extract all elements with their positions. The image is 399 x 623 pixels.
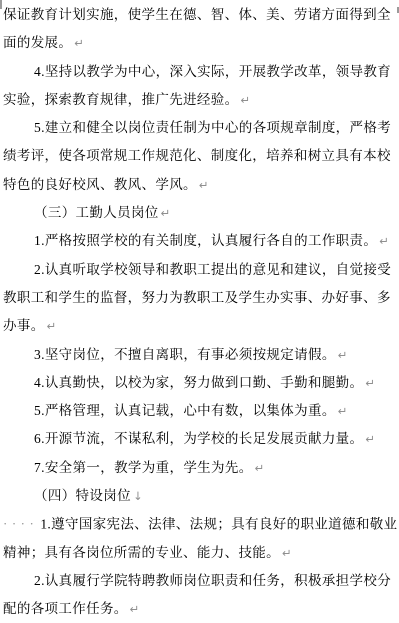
text-line[interactable]: 保证教育计划实施，使学生在德、智、体、美、劳诸方面得到全 xyxy=(3,1,399,29)
line-text[interactable]: 5.建立和健全以岗位责任制为中心的各项规章制度，严格考 xyxy=(34,120,391,135)
paragraph-mark-icon: ↵ xyxy=(240,93,250,107)
space-formatting-marks: ···· xyxy=(3,516,38,531)
line-text[interactable]: 5.严格管理，认真记载，心中有数，以集体为重。 xyxy=(34,403,336,418)
text-line[interactable]: 5.建立和健全以岗位责任制为中心的各项规章制度，严格考 xyxy=(3,114,399,142)
line-text[interactable]: 绩考评，使各项常规工作规范化、制度化，培养和树立具有本校 xyxy=(3,148,391,163)
text-line[interactable]: 教职工和学生的监督，努力为教职工及学生办实事、办好事、多 xyxy=(3,284,399,312)
paragraph-mark-icon: ↵ xyxy=(47,319,57,333)
line-text[interactable]: 1.严格按照学校的有关制度，认真履行各自的工作职责。 xyxy=(34,233,377,248)
paragraph-mark-icon: ↵ xyxy=(365,432,375,446)
line-text[interactable]: 2.认真履行学院特聘教师岗位职责和任务，积极承担学校分 xyxy=(34,573,391,588)
line-text[interactable]: （三）工勤人员岗位 xyxy=(34,205,159,220)
text-line[interactable]: 特色的良好校风、教风、学风。↵ xyxy=(3,171,399,199)
line-break-mark-icon: ↓ xyxy=(133,489,143,503)
text-line[interactable]: 6.开源节流，不谋私利，为学校的长足发展贡献力量。↵ xyxy=(3,425,399,453)
text-line[interactable]: 1.严格按照学校的有关制度，认真履行各自的工作职责。↵ xyxy=(3,227,399,255)
document-text-area[interactable]: 保证教育计划实施，使学生在德、智、体、美、劳诸方面得到全面的发展。↵4.坚持以教… xyxy=(3,1,399,623)
text-line[interactable]: （四）特设岗位↓ xyxy=(3,482,399,510)
line-text[interactable]: 4.认真勤快，以校为家，努力做到口勤、手勤和腿勤。 xyxy=(34,375,363,390)
text-line[interactable]: 4.坚持以教学为中心，深入实际，开展教学改革，领导教育 xyxy=(3,58,399,86)
document-page: 保证教育计划实施，使学生在德、智、体、美、劳诸方面得到全面的发展。↵4.坚持以教… xyxy=(0,0,399,623)
line-text[interactable]: 2.认真听取学校领导和教职工提出的意见和建议，自觉接受 xyxy=(34,262,391,277)
line-text[interactable]: 6.开源节流，不谋私利，为学校的长足发展贡献力量。 xyxy=(34,431,363,446)
paragraph-mark-icon: ↵ xyxy=(74,36,84,50)
text-line[interactable]: 3.坚守岗位，不擅自离职，有事必须按规定请假。↵ xyxy=(3,341,399,369)
text-line[interactable]: （三）工勤人员岗位↵ xyxy=(3,199,399,227)
text-line[interactable]: 7.安全第一，教学为重，学生为先。↵ xyxy=(3,454,399,482)
paragraph-mark-icon: ↵ xyxy=(338,404,348,418)
line-text[interactable]: 面的发展。 xyxy=(3,35,72,50)
text-line[interactable]: 4.认真勤快，以校为家，努力做到口勤、手勤和腿勤。↵ xyxy=(3,369,399,397)
text-line[interactable]: 2.认真听取学校领导和教职工提出的意见和建议，自觉接受 xyxy=(3,256,399,284)
text-line[interactable]: 面的发展。↵ xyxy=(3,29,399,57)
line-text[interactable]: 3.坚守岗位，不擅自离职，有事必须按规定请假。 xyxy=(34,347,336,362)
paragraph-mark-icon: ↵ xyxy=(161,206,171,220)
paragraph-mark-icon: ↵ xyxy=(379,234,389,248)
line-text[interactable]: 实验，探索教育规律，推广先进经验。 xyxy=(3,92,238,107)
paragraph-mark-icon: ↵ xyxy=(130,602,140,616)
line-text[interactable]: 办事。 xyxy=(3,318,45,333)
line-text[interactable]: 精神；具有各岗位所需的专业、能力、技能。 xyxy=(3,545,280,560)
text-line[interactable]: 办事。↵ xyxy=(3,312,399,340)
line-text[interactable]: 教职工和学生的监督，努力为教职工及学生办实事、办好事、多 xyxy=(3,290,391,305)
text-line[interactable]: 5.严格管理，认真记载，心中有数，以集体为重。↵ xyxy=(3,397,399,425)
line-text[interactable]: 7.安全第一，教学为重，学生为先。 xyxy=(34,460,253,475)
text-line[interactable]: 2.认真履行学院特聘教师岗位职责和任务，积极承担学校分 xyxy=(3,567,399,595)
text-line[interactable]: 实验，探索教育规律，推广先进经验。↵ xyxy=(3,86,399,114)
line-text[interactable]: 保证教育计划实施，使学生在德、智、体、美、劳诸方面得到全 xyxy=(3,7,391,22)
line-text[interactable]: 1.遵守国家宪法、法律、法规；具有良好的职业道德和敬业 xyxy=(40,517,397,532)
text-line[interactable]: 配的各项工作任务。↵ xyxy=(3,595,399,623)
paragraph-mark-icon: ↵ xyxy=(338,348,348,362)
paragraph-mark-icon: ↵ xyxy=(199,178,209,192)
line-text[interactable]: 配的各项工作任务。 xyxy=(3,601,128,616)
text-line[interactable]: ····1.遵守国家宪法、法律、法规；具有良好的职业道德和敬业 xyxy=(3,510,399,538)
paragraph-mark-icon: ↵ xyxy=(365,376,375,390)
text-line[interactable]: 精神；具有各岗位所需的专业、能力、技能。↵ xyxy=(3,539,399,567)
screen-artifact-top-left xyxy=(0,0,2,9)
line-text[interactable]: 4.坚持以教学为中心，深入实际，开展教学改革，领导教育 xyxy=(34,64,391,79)
line-text[interactable]: 特色的良好校风、教风、学风。 xyxy=(3,177,197,192)
paragraph-mark-icon: ↵ xyxy=(255,461,265,475)
paragraph-mark-icon: ↵ xyxy=(282,546,292,560)
line-text[interactable]: （四）特设岗位 xyxy=(34,488,131,503)
text-line[interactable]: 绩考评，使各项常规工作规范化、制度化，培养和树立具有本校 xyxy=(3,142,399,170)
